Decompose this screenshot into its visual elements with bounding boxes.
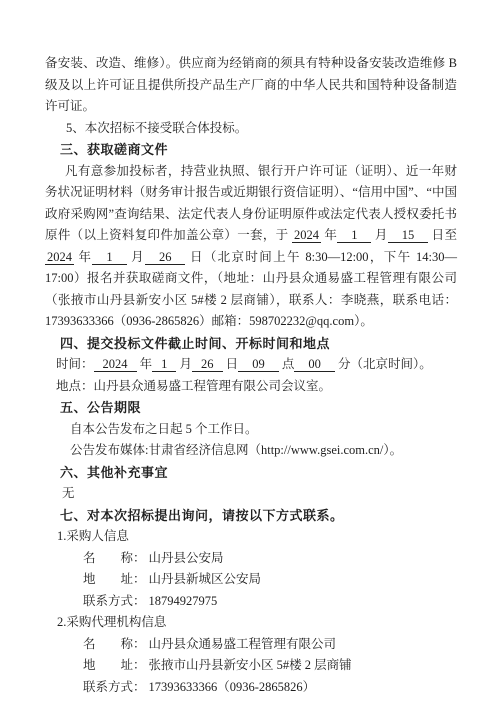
field-label: 名 称： (83, 551, 146, 565)
agency-contact-line: 联系方式：17393633366（0936-2865826） (45, 677, 457, 699)
paragraph-supplier-qualification: 备安装、改造、维修）。供应商为经销商的须具有特种设备安装改造维修 B 级及以上许… (45, 53, 457, 118)
time-label: 时间： (56, 357, 94, 371)
text-run: （北京时间）。 (350, 357, 431, 371)
start-year-underlined: 2024 (292, 228, 321, 243)
section-heading-announcement-period: 五、公告期限 (45, 397, 457, 419)
start-day-underlined: 15 (388, 228, 429, 243)
purchaser-name-value: 山丹县公安局 (149, 551, 224, 565)
field-label: 地 址： (83, 572, 146, 586)
document-content: 备安装、改造、维修）。供应商为经销商的须具有特种设备安装改造维修 B 级及以上许… (45, 53, 457, 698)
item-no-consortium-bids: 5、本次招标不接受联合体投标。 (45, 118, 457, 140)
announcement-media-line: 公告发布媒体:甘肃省经济信息网（http://www.gsei.com.cn/）… (45, 440, 457, 462)
text-run: 点 (279, 357, 295, 371)
agency-name-line: 名 称：山丹县众通易盛工程管理有限公司 (45, 634, 457, 656)
purchaser-address-line: 地 址：山丹县新城区公安局 (45, 569, 457, 591)
purchaser-contact-value: 18794927975 (149, 594, 218, 608)
purchaser-info-title: 1.采购人信息 (45, 526, 457, 548)
agency-info-title: 2.采购代理机构信息 (45, 612, 457, 634)
text-run: 年 (137, 357, 153, 371)
other-matters-content: 无 (45, 483, 457, 505)
announcement-duration-line: 自本公告发布之日起 5 个工作日。 (45, 419, 457, 441)
field-label: 联系方式： (83, 594, 146, 608)
opening-minute-underlined: 00 (294, 357, 335, 372)
agency-address-value: 张掖市山丹县新安小区 5#楼 2 层商铺 (149, 658, 352, 672)
agency-contact-value: 17393633366（0936-2865826） (149, 680, 316, 694)
purchaser-contact-line: 联系方式：18794927975 (45, 591, 457, 613)
section-heading-inquiry-contacts: 七、对本次招标提出询问，请按以下方式联系。 (45, 505, 457, 527)
text-run: 日 (223, 357, 239, 371)
text-run: 年 (321, 228, 337, 242)
agency-address-line: 地 址：张掖市山丹县新安小区 5#楼 2 层商铺 (45, 655, 457, 677)
text-run: 月 (176, 357, 192, 371)
paragraph-registration-details: 凡有意参加投标者，持营业执照、银行开户许可证（证明）、近一年财务状况证明材料（财… (45, 161, 457, 333)
section-heading-deadline-opening: 四、提交投标文件截止时间、开标时间和地点 (45, 333, 457, 355)
start-month-underlined: 1 (337, 228, 371, 243)
field-label: 名 称： (83, 637, 146, 651)
field-label: 联系方式： (83, 680, 146, 694)
opening-year-underlined: 2024 (94, 357, 137, 372)
agency-name-value: 山丹县众通易盛工程管理有限公司 (149, 637, 337, 651)
section-heading-obtain-documents: 三、获取磋商文件 (45, 139, 457, 161)
text-run: 日至 (428, 228, 457, 242)
purchaser-name-line: 名 称：山丹县公安局 (45, 548, 457, 570)
opening-time-line: 时间：2024 年1 月26 日09 点00 分（北京时间）。 (45, 354, 457, 376)
end-year-underlined: 2024 (45, 250, 74, 265)
opening-hour-underlined: 09 (238, 357, 279, 372)
section-heading-other-matters: 六、其他补充事宜 (45, 462, 457, 484)
text-run: 月 (371, 228, 387, 242)
field-label: 地 址： (83, 658, 146, 672)
purchaser-address-value: 山丹县新城区公安局 (149, 572, 262, 586)
document-page: 备安装、改造、维修）。供应商为经销商的须具有特种设备安装改造维修 B 级及以上许… (0, 0, 500, 706)
opening-month-underlined: 1 (152, 357, 176, 372)
text-run: 分 (335, 357, 351, 371)
opening-day-underlined: 26 (192, 357, 223, 372)
end-month-underlined: 1 (92, 250, 126, 265)
text-run: 年 (74, 250, 92, 264)
end-day-underlined: 26 (145, 250, 186, 265)
text-run: 月 (127, 250, 145, 264)
opening-location-line: 地点：山丹县众通易盛工程管理有限公司会议室。 (45, 376, 457, 398)
